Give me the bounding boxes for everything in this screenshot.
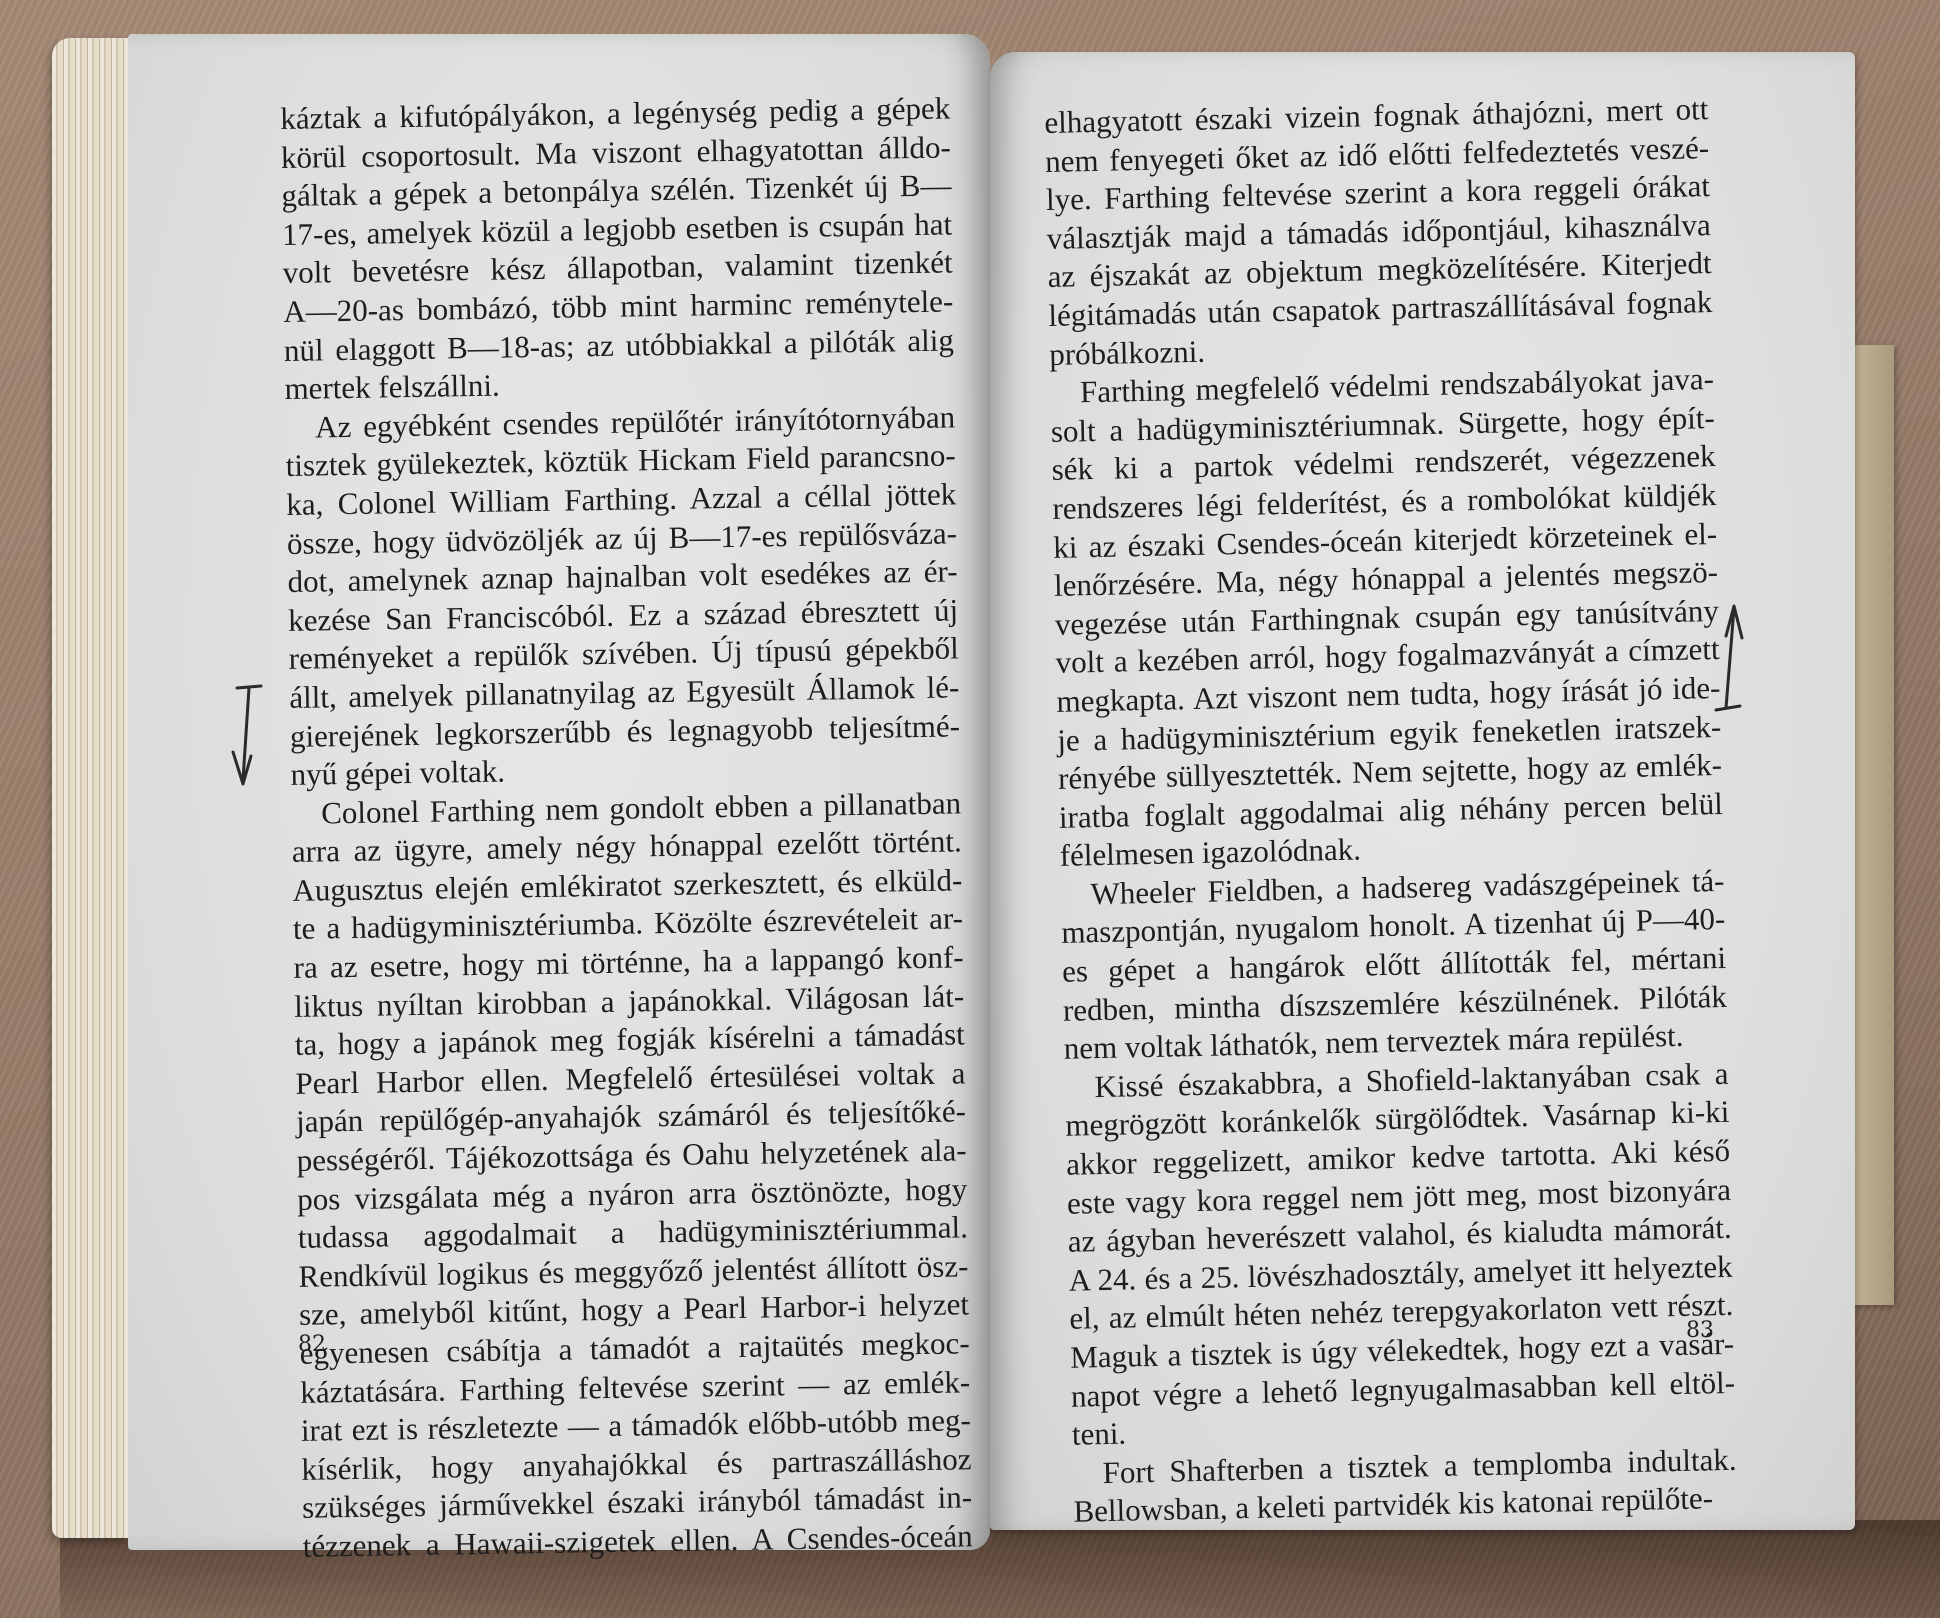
pencil-down-arrow-icon [225,680,275,790]
right-page-text: elhagyatott északi vizein fognak áthajóz… [1044,90,1738,1532]
page-stack-edge [52,38,130,1538]
page-number-right: 83 [1686,1318,1714,1343]
page-number-left: 82 [298,1332,326,1357]
pencil-up-arrow-icon [1706,600,1756,720]
left-page-text: káztak a kifutópályákon, a legénység ped… [280,89,973,1566]
